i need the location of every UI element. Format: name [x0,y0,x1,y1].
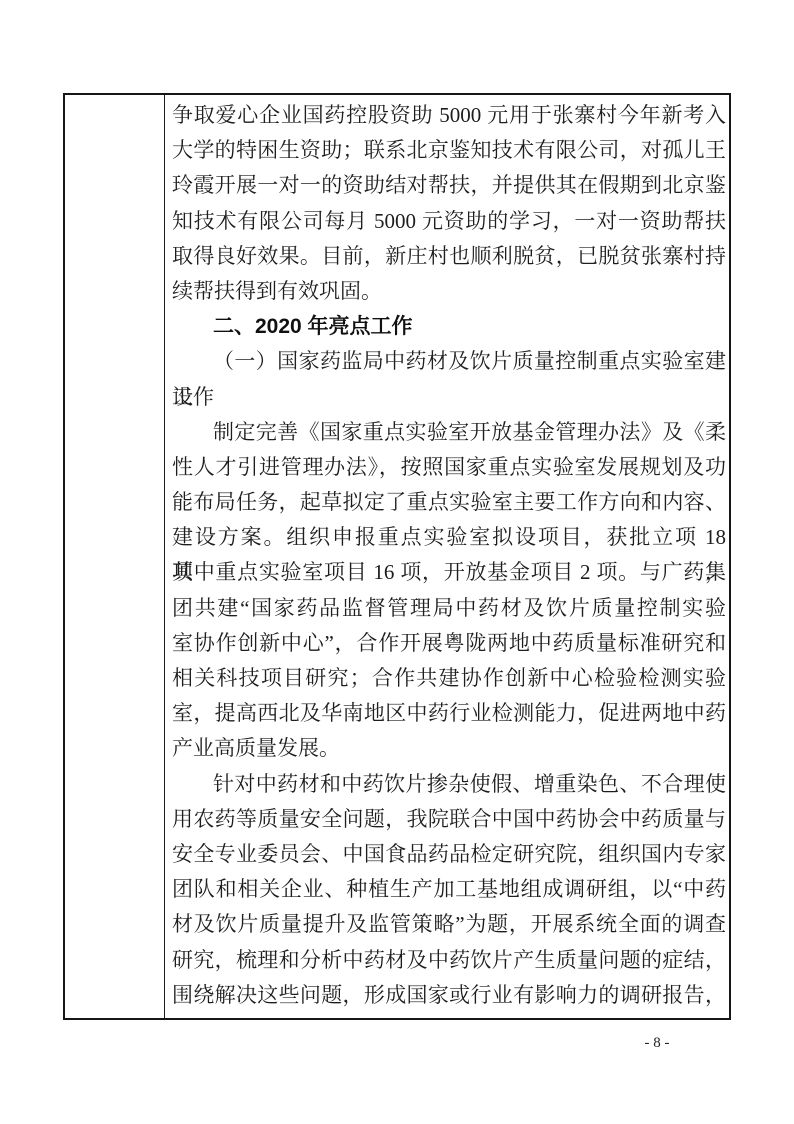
table-text-cell: 争取爱心企业国药控股资助 5000 元用于张寨村今年新考入 大学的特困生资助；联… [165,95,729,1018]
body-line: 安全专业委员会、中国食品药品检定研究院，组织国内专家 [172,837,726,872]
page-number: - 8 - [597,1035,717,1052]
body-line: 室，提高西北及华南地区中药行业检测能力，促进两地中药 [172,696,726,731]
body-line: 其中重点实验室项目 16 项，开放基金项目 2 项。与广药集 [172,555,726,590]
body-line: 团共建“国家药品监督管理局中药材及饮片质量控制实验 [172,591,726,626]
body-line: 用农药等质量安全问题，我院联合中国中药协会中药质量与 [172,802,726,837]
body-line: 能布局任务，起草拟定了重点实验室主要工作方向和内容、 [172,485,726,520]
body-line: 研究，梳理和分析中药材及中药饮片产生质量问题的症结， [172,943,726,978]
body-line: 续帮扶得到有效巩固。 [172,274,726,309]
document-table: 争取爱心企业国药控股资助 5000 元用于张寨村今年新考入 大学的特困生资助；联… [63,93,731,1020]
body-line: 争取爱心企业国药控股资助 5000 元用于张寨村今年新考入 [172,98,726,133]
body-line: 产业高质量发展。 [172,731,726,766]
body-line: 大学的特困生资助；联系北京鉴知技术有限公司，对孤儿王 [172,133,726,168]
subsection-heading-line: 工作 [172,380,726,415]
body-line: 团队和相关企业、种植生产加工基地组成调研组，以“中药 [172,872,726,907]
table-empty-cell [65,95,165,1018]
body-line: 相关科技项目研究；合作共建协作创新中心检验检测实验 [172,661,726,696]
body-line: 针对中药材和中药饮片掺杂使假、增重染色、不合理使 [172,767,726,802]
body-line: 玲霞开展一对一的资助结对帮扶，并提供其在假期到北京鉴 [172,168,726,203]
body-line: 室协作创新中心”，合作开展粤陇两地中药质量标准研究和 [172,626,726,661]
body-line: 围绕解决这些问题，形成国家或行业有影响力的调研报告， [172,978,726,1013]
body-line: 知技术有限公司每月 5000 元资助的学习，一对一资助帮扶 [172,204,726,239]
body-line: 性人才引进管理办法》，按照国家重点实验室发展规划及功 [172,450,726,485]
body-line: 建设方案。组织申报重点实验室拟设项目，获批立项 18 项， [172,520,726,555]
subsection-heading-line: （一）国家药监局中药材及饮片质量控制重点实验室建设 [172,344,726,379]
section-heading: 二、2020 年亮点工作 [172,309,726,344]
body-line: 制定完善《国家重点实验室开放基金管理办法》及《柔 [172,415,726,450]
body-line: 材及饮片质量提升及监管策略”为题，开展系统全面的调查 [172,907,726,942]
body-line: 取得良好效果。目前，新庄村也顺利脱贫，已脱贫张寨村持 [172,239,726,274]
